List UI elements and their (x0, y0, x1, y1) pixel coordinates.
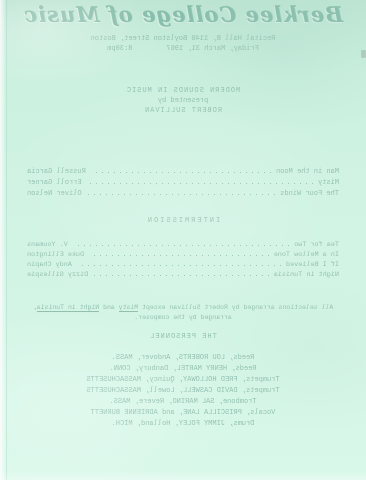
personnel-line: Trombone, SAL MARINO, Revere, MASS. (0, 397, 366, 408)
dot-leader (73, 241, 289, 246)
credit-name: Erroll Garner (27, 179, 82, 187)
recital-series-title: MODERN SOUNDS IN MUSIC (0, 86, 366, 96)
personnel-line: Trumpets, DAVID CASWELL, Lowell, MASSACH… (0, 386, 366, 397)
arrangement-note: All selections arranged by Robert Sulliv… (0, 303, 366, 323)
dot-leader (91, 168, 271, 173)
credit-name: V. Youmans (27, 241, 68, 249)
scan-bottom-highlight (0, 470, 366, 480)
note-underlined-title: Night in Tunisia (37, 304, 99, 312)
dot-leader (77, 261, 281, 266)
recital-heading: MODERN SOUNDS IN MUSIC presented by ROBE… (0, 86, 366, 116)
program-second-half: Tea for Two V. Youmans In a Mellow Tone … (27, 241, 339, 281)
program-row: Man in the Moon Russell Garcia (27, 168, 339, 179)
intermission-label: INTERMISSION (0, 217, 366, 225)
program-row: Misty Erroll Garner (27, 179, 339, 190)
note-underlined-title: Misty (119, 304, 139, 312)
scanned-program-page: Berklee College of Music Recital Hall B,… (0, 0, 366, 480)
dot-leader (87, 179, 313, 184)
personnel-list: Reeds, LOU ROBERTS, Andover, MASS. Reeds… (0, 353, 366, 430)
note-text: All selections arranged by Robert Sulliv… (138, 304, 333, 311)
song-title: If I Believed (286, 261, 339, 269)
program-row: Night in Tunisia Dizzy Gillespie (27, 271, 339, 281)
arrangement-note-line2: arranged by the composer. (0, 313, 366, 323)
program-first-half: Man in the Moon Russell Garcia Misty Err… (27, 168, 339, 201)
personnel-line: Reeds, HENRY MARTEL, Danbury, CONN. (0, 364, 366, 375)
note-text: , (33, 304, 37, 311)
personnel-heading: THE PERSONNEL (0, 333, 366, 341)
masthead-address: Recital Hall B, 1140 Boylston Street, Bo… (0, 35, 366, 43)
arrangement-note-line1: All selections arranged by Robert Sulliv… (0, 303, 366, 313)
song-title: The Four Winds (280, 190, 339, 198)
song-title: Night in Tunisia (274, 271, 339, 279)
masthead-date: Friday, March 31, 1967 (166, 45, 258, 53)
personnel-line: Trumpets, FRED HOLLOWAY, Quincy, MASSACH… (0, 375, 366, 386)
program-row: The Four Winds Oliver Nelson (27, 190, 339, 201)
credit-name: Oliver Nelson (27, 190, 82, 198)
masthead-title: Berklee College of Music (0, 2, 366, 27)
dot-leader (89, 251, 269, 256)
credit-name: Dizzy Gillespie (27, 271, 88, 279)
presented-by-label: presented by (0, 96, 366, 106)
masthead-dateline: Friday, March 31, 1967 8:30pm (0, 45, 366, 53)
program-row: In a Mellow Tone Duke Ellington (27, 251, 339, 261)
personnel-line: Vocals, PRISCILLA LANE, and ADRIENNE BUR… (0, 408, 366, 419)
credit-name: Duke Ellington (27, 251, 84, 259)
credit-name: Andy Chapin (27, 261, 72, 269)
personnel-line: Reeds, LOU ROBERTS, Andover, MASS. (0, 353, 366, 364)
song-title: Tea for Two (294, 241, 339, 249)
song-title: Misty (318, 179, 339, 187)
program-row: If I Believed Andy Chapin (27, 261, 339, 271)
credit-name: Russell Garcia (27, 168, 86, 176)
program-row: Tea for Two V. Youmans (27, 241, 339, 251)
song-title: In a Mellow Tone (274, 251, 339, 259)
scan-crease-line (6, 0, 7, 480)
masthead-time: 8:30pm (107, 45, 132, 53)
song-title: Man in the Moon (276, 168, 339, 176)
note-text: and (99, 304, 119, 311)
personnel-line: Drums, JIMMY FOLEY, Holland, MICH. (0, 419, 366, 430)
mirrored-content: Berklee College of Music Recital Hall B,… (0, 0, 366, 480)
presenter-name: ROBERT SULLIVAN (0, 106, 366, 116)
dot-leader (87, 190, 276, 195)
dot-leader (93, 271, 269, 276)
scan-artifact-mark (361, 50, 366, 58)
